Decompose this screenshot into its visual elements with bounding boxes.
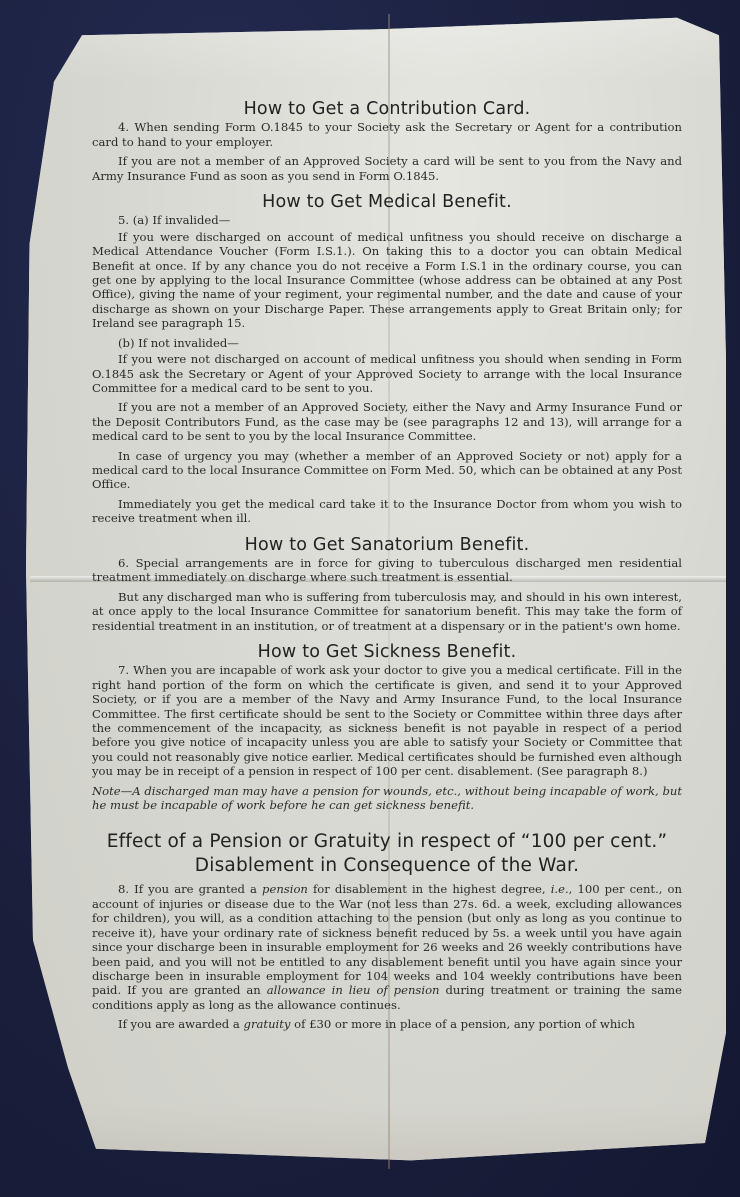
paragraph-6-cont: But any discharged man who is suffering … bbox=[92, 590, 682, 633]
heading-sanatorium-benefit: How to Get Sanatorium Benefit. bbox=[92, 538, 682, 552]
paragraph-8: 8. If you are granted a pension for disa… bbox=[92, 882, 682, 1012]
paragraph-5b-2: If you are not a member of an Approved S… bbox=[92, 400, 682, 443]
heading-sickness-benefit: How to Get Sickness Benefit. bbox=[92, 645, 682, 659]
note-sickness: Note—A discharged man may have a pension… bbox=[92, 784, 682, 813]
heading-pension-line1: Effect of a Pension or Gratuity in respe… bbox=[92, 830, 682, 854]
document-text: How to Get a Contribution Card. 4. When … bbox=[92, 102, 682, 1044]
text-run: of £30 or more in place of a pension, an… bbox=[290, 1017, 635, 1031]
section-contribution-card: How to Get a Contribution Card. 4. When … bbox=[92, 102, 682, 183]
paragraph-4: 4. When sending Form O.1845 to your Soci… bbox=[92, 120, 682, 149]
text-run: , 100 per cent., on account of injuries … bbox=[92, 882, 682, 997]
heading-pension-line2: Disablement in Consequence of the War. bbox=[92, 854, 682, 878]
section-medical-benefit: How to Get Medical Benefit. 5. (a) If in… bbox=[92, 195, 682, 526]
italic-run: allowance in lieu of pension bbox=[267, 983, 440, 997]
subheading-not-invalided: (b) If not invalided— bbox=[92, 336, 682, 350]
paragraph-4-cont: If you are not a member of an Approved S… bbox=[92, 154, 682, 183]
heading-contribution-card: How to Get a Contribution Card. bbox=[92, 102, 682, 116]
paragraph-5b-1: If you were not discharged on account of… bbox=[92, 352, 682, 395]
section-pension-effect: Effect of a Pension or Gratuity in respe… bbox=[92, 830, 682, 1031]
italic-run: gratuity bbox=[244, 1017, 291, 1031]
text-run: 8. If you are granted a bbox=[118, 882, 262, 896]
section-sickness-benefit: How to Get Sickness Benefit. 7. When you… bbox=[92, 645, 682, 812]
paragraph-5a: If you were discharged on account of med… bbox=[92, 230, 682, 331]
italic-run: i.e. bbox=[551, 882, 569, 896]
text-run: If you are awarded a bbox=[118, 1017, 244, 1031]
paragraph-5b-3: In case of urgency you may (whether a me… bbox=[92, 449, 682, 492]
heading-medical-benefit: How to Get Medical Benefit. bbox=[92, 195, 682, 209]
paragraph-6: 6. Special arrangements are in force for… bbox=[92, 556, 682, 585]
italic-run: pension bbox=[262, 882, 308, 896]
paragraph-7: 7. When you are incapable of work ask yo… bbox=[92, 663, 682, 778]
text-run: for disablement in the highest degree, bbox=[308, 882, 551, 896]
section-sanatorium-benefit: How to Get Sanatorium Benefit. 6. Specia… bbox=[92, 538, 682, 633]
subheading-invalided: 5. (a) If invalided— bbox=[92, 213, 682, 227]
paragraph-8-gratuity: If you are awarded a gratuity of £30 or … bbox=[92, 1017, 682, 1031]
paragraph-5b-4: Immediately you get the medical card tak… bbox=[92, 497, 682, 526]
